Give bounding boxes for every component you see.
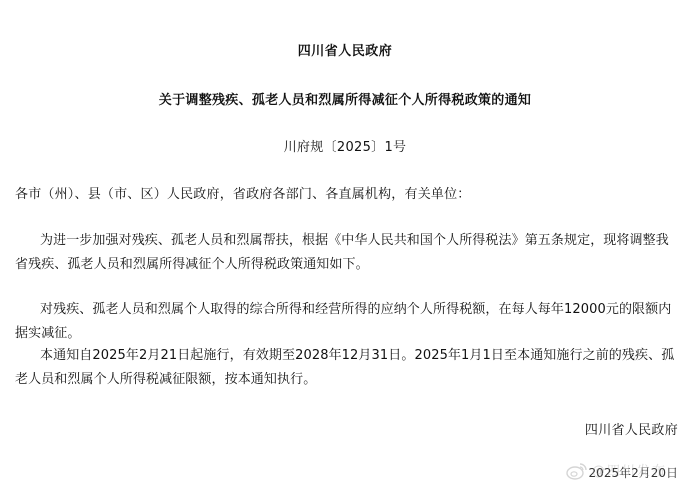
paragraph-effective-date: 本通知自2025年2月21日起施行，有效期至2028年12月31日。2025年1…: [15, 344, 680, 392]
signature: 四川省人民政府: [585, 419, 678, 438]
weibo-logo-icon: [566, 462, 588, 480]
paragraph-policy: 对残疾、孤老人员和烈属个人取得的综合所得和经营所得的应纳个人所得税额，在每人每年…: [15, 298, 680, 346]
document-page: 四川省人民政府 关于调整残疾、孤老人员和烈属所得减征个人所得税政策的通知 川府规…: [0, 0, 690, 489]
salutation: 各市（州）、县（市、区）人民政府，省政府各部门、各直属机构，有关单位：: [15, 183, 471, 202]
document-number: 川府规〔2025〕1号: [0, 136, 690, 155]
paragraph-purpose: 为进一步加强对残疾、孤老人员和烈属帮扶，根据《中华人民共和国个人所得税法》第五条…: [15, 229, 680, 277]
issue-date: 2025年2月20日: [589, 464, 678, 481]
issuer-heading: 四川省人民政府: [0, 40, 690, 59]
document-title: 关于调整残疾、孤老人员和烈属所得减征个人所得税政策的通知: [0, 89, 690, 108]
